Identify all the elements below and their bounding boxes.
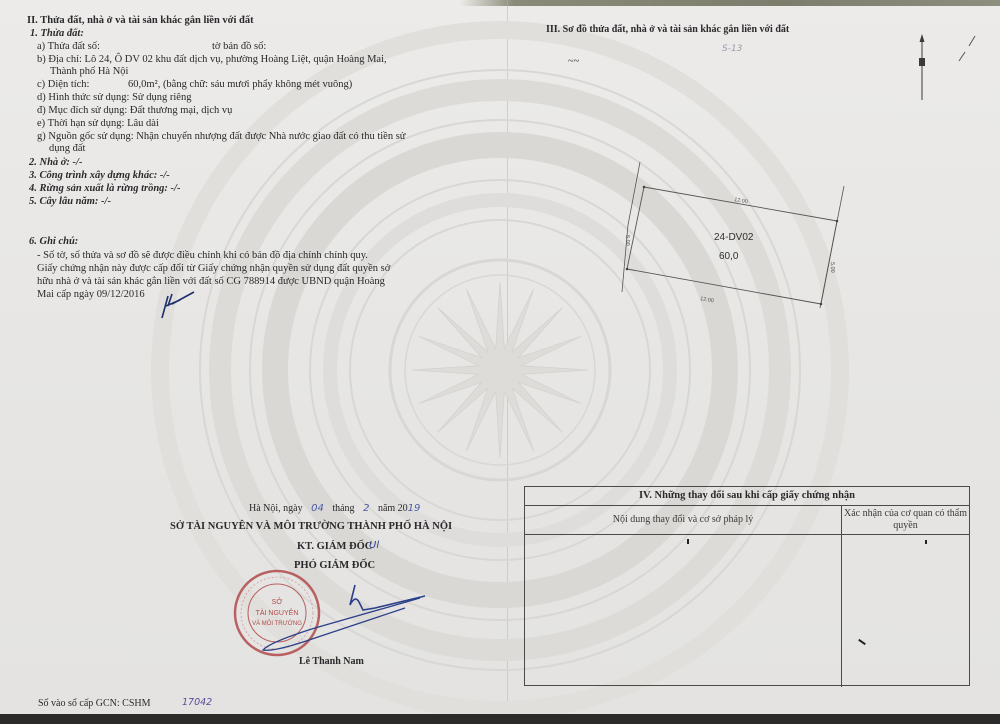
- date-prefix: Hà Nội, ngày: [249, 503, 303, 514]
- certificate-page: II. Thửa đất, nhà ở và tài sản khác gắn …: [0, 0, 1000, 714]
- changes-table-body: [525, 535, 969, 687]
- plot-area: 60,0: [719, 251, 739, 262]
- ink-mark: [858, 639, 866, 645]
- plot-left-length: 5.00: [624, 235, 630, 246]
- notes-line3: hữu nhà ở và tài sản khác gắn liền với đ…: [37, 276, 385, 288]
- changes-table: IV. Những thay đổi sau khi cấp giấy chứn…: [524, 486, 970, 686]
- plot-number-label: a) Thửa đất số:: [37, 41, 100, 53]
- perennial-trees-item: 5. Cây lâu năm: -/-: [29, 196, 111, 208]
- plot-id: 24-DV02: [714, 232, 754, 243]
- director-signature: [255, 580, 435, 660]
- issue-date-line: Hà Nội, ngày 04 tháng 2 năm 2019: [249, 503, 420, 515]
- initials-mark: [158, 290, 198, 320]
- map-sheet-label: tờ bản đồ số:: [212, 41, 266, 53]
- issuing-agency: SỞ TÀI NGUYÊN VÀ MÔI TRƯỜNG THÀNH PHỐ HÀ…: [170, 521, 452, 533]
- changes-table-header: Nội dung thay đổi và cơ sở pháp lý Xác n…: [525, 506, 969, 535]
- ink-dot: [687, 539, 689, 544]
- registry-label: Số vào sổ cấp GCN: CSHM: [38, 698, 151, 710]
- changes-table-title: IV. Những thay đổi sau khi cấp giấy chứn…: [525, 487, 969, 506]
- registry-number: 17042: [182, 697, 212, 709]
- notes-line4: Mai cấp ngày 09/12/2016: [37, 289, 145, 301]
- page-top-edge: [460, 0, 1000, 6]
- land-plot-heading: 1. Thửa đất:: [30, 28, 84, 40]
- other-works-item: 3. Công trình xây dựng khác: -/-: [29, 170, 170, 182]
- initials-signature: Ul: [369, 540, 379, 552]
- plot-right-length: 5.00: [829, 262, 835, 273]
- on-behalf-of: KT. GIÁM ĐỐC: [297, 541, 372, 553]
- usage-origin-line1: g) Nguồn gốc sử dụng: Nhận chuyển nhượng…: [37, 131, 406, 143]
- notes-line1: - Số tờ, số thửa và sơ đồ sẽ được điều c…: [37, 250, 368, 262]
- month-label: tháng: [332, 503, 354, 514]
- address-line2: Thành phố Hà Nội: [50, 66, 128, 78]
- column-authority-confirmation: Xác nhận của cơ quan có thẩm quyền: [842, 506, 969, 534]
- plot-top-length: 12.00: [734, 197, 749, 205]
- date-month: 2: [363, 503, 369, 514]
- north-arrow-icon: [912, 32, 932, 104]
- year-label: năm 20: [378, 503, 408, 514]
- usage-purpose: đ) Mục đích sử dụng: Đất thương mại, dịc…: [37, 105, 232, 117]
- notes-line2: Giấy chứng nhận này được cấp đổi từ Giấy…: [37, 263, 390, 275]
- usage-term: e) Thời hạn sử dụng: Lâu dài: [37, 118, 159, 130]
- page-bottom-edge: [0, 714, 1000, 724]
- house-item: 2. Nhà ở: -/-: [29, 157, 82, 169]
- notes-heading: 6. Ghi chú:: [29, 236, 78, 248]
- tilde-mark: ~~: [568, 56, 579, 68]
- diagonal-mark: [955, 34, 977, 64]
- address-line1: b) Địa chỉ: Lô 24, Ô DV 02 khu đất dịch …: [37, 54, 387, 66]
- handwritten-mark: S-13: [722, 43, 742, 55]
- area-value: 60,0m², (bằng chữ: sáu mươi phẩy không m…: [128, 79, 352, 91]
- area-label: c) Diện tích:: [37, 79, 89, 91]
- date-day: 04: [311, 503, 324, 514]
- date-year-suffix: 19: [408, 503, 421, 514]
- plot-bottom-length: 12.00: [700, 296, 715, 304]
- plot-diagram: 12.00 12.00 5.00 5.00 24-DV02 60,0: [600, 150, 860, 310]
- usage-form: d) Hình thức sử dụng: Sử dụng riêng: [37, 92, 191, 104]
- production-forest-item: 4. Rừng sản xuất là rừng trồng: -/-: [29, 183, 180, 195]
- authority-confirmation-cell: [842, 535, 969, 687]
- ink-dot: [925, 540, 927, 544]
- section-ii-title: II. Thửa đất, nhà ở và tài sản khác gắn …: [27, 15, 254, 27]
- change-content-cell: [525, 535, 842, 687]
- column-change-content: Nội dung thay đổi và cơ sở pháp lý: [525, 506, 842, 534]
- page-fold-line: [507, 0, 508, 714]
- usage-origin-line2: dụng đất: [49, 143, 85, 155]
- section-iii-title: III. Sơ đồ thửa đất, nhà ở và tài sản kh…: [546, 24, 789, 36]
- signer-name: Lê Thanh Nam: [299, 656, 364, 668]
